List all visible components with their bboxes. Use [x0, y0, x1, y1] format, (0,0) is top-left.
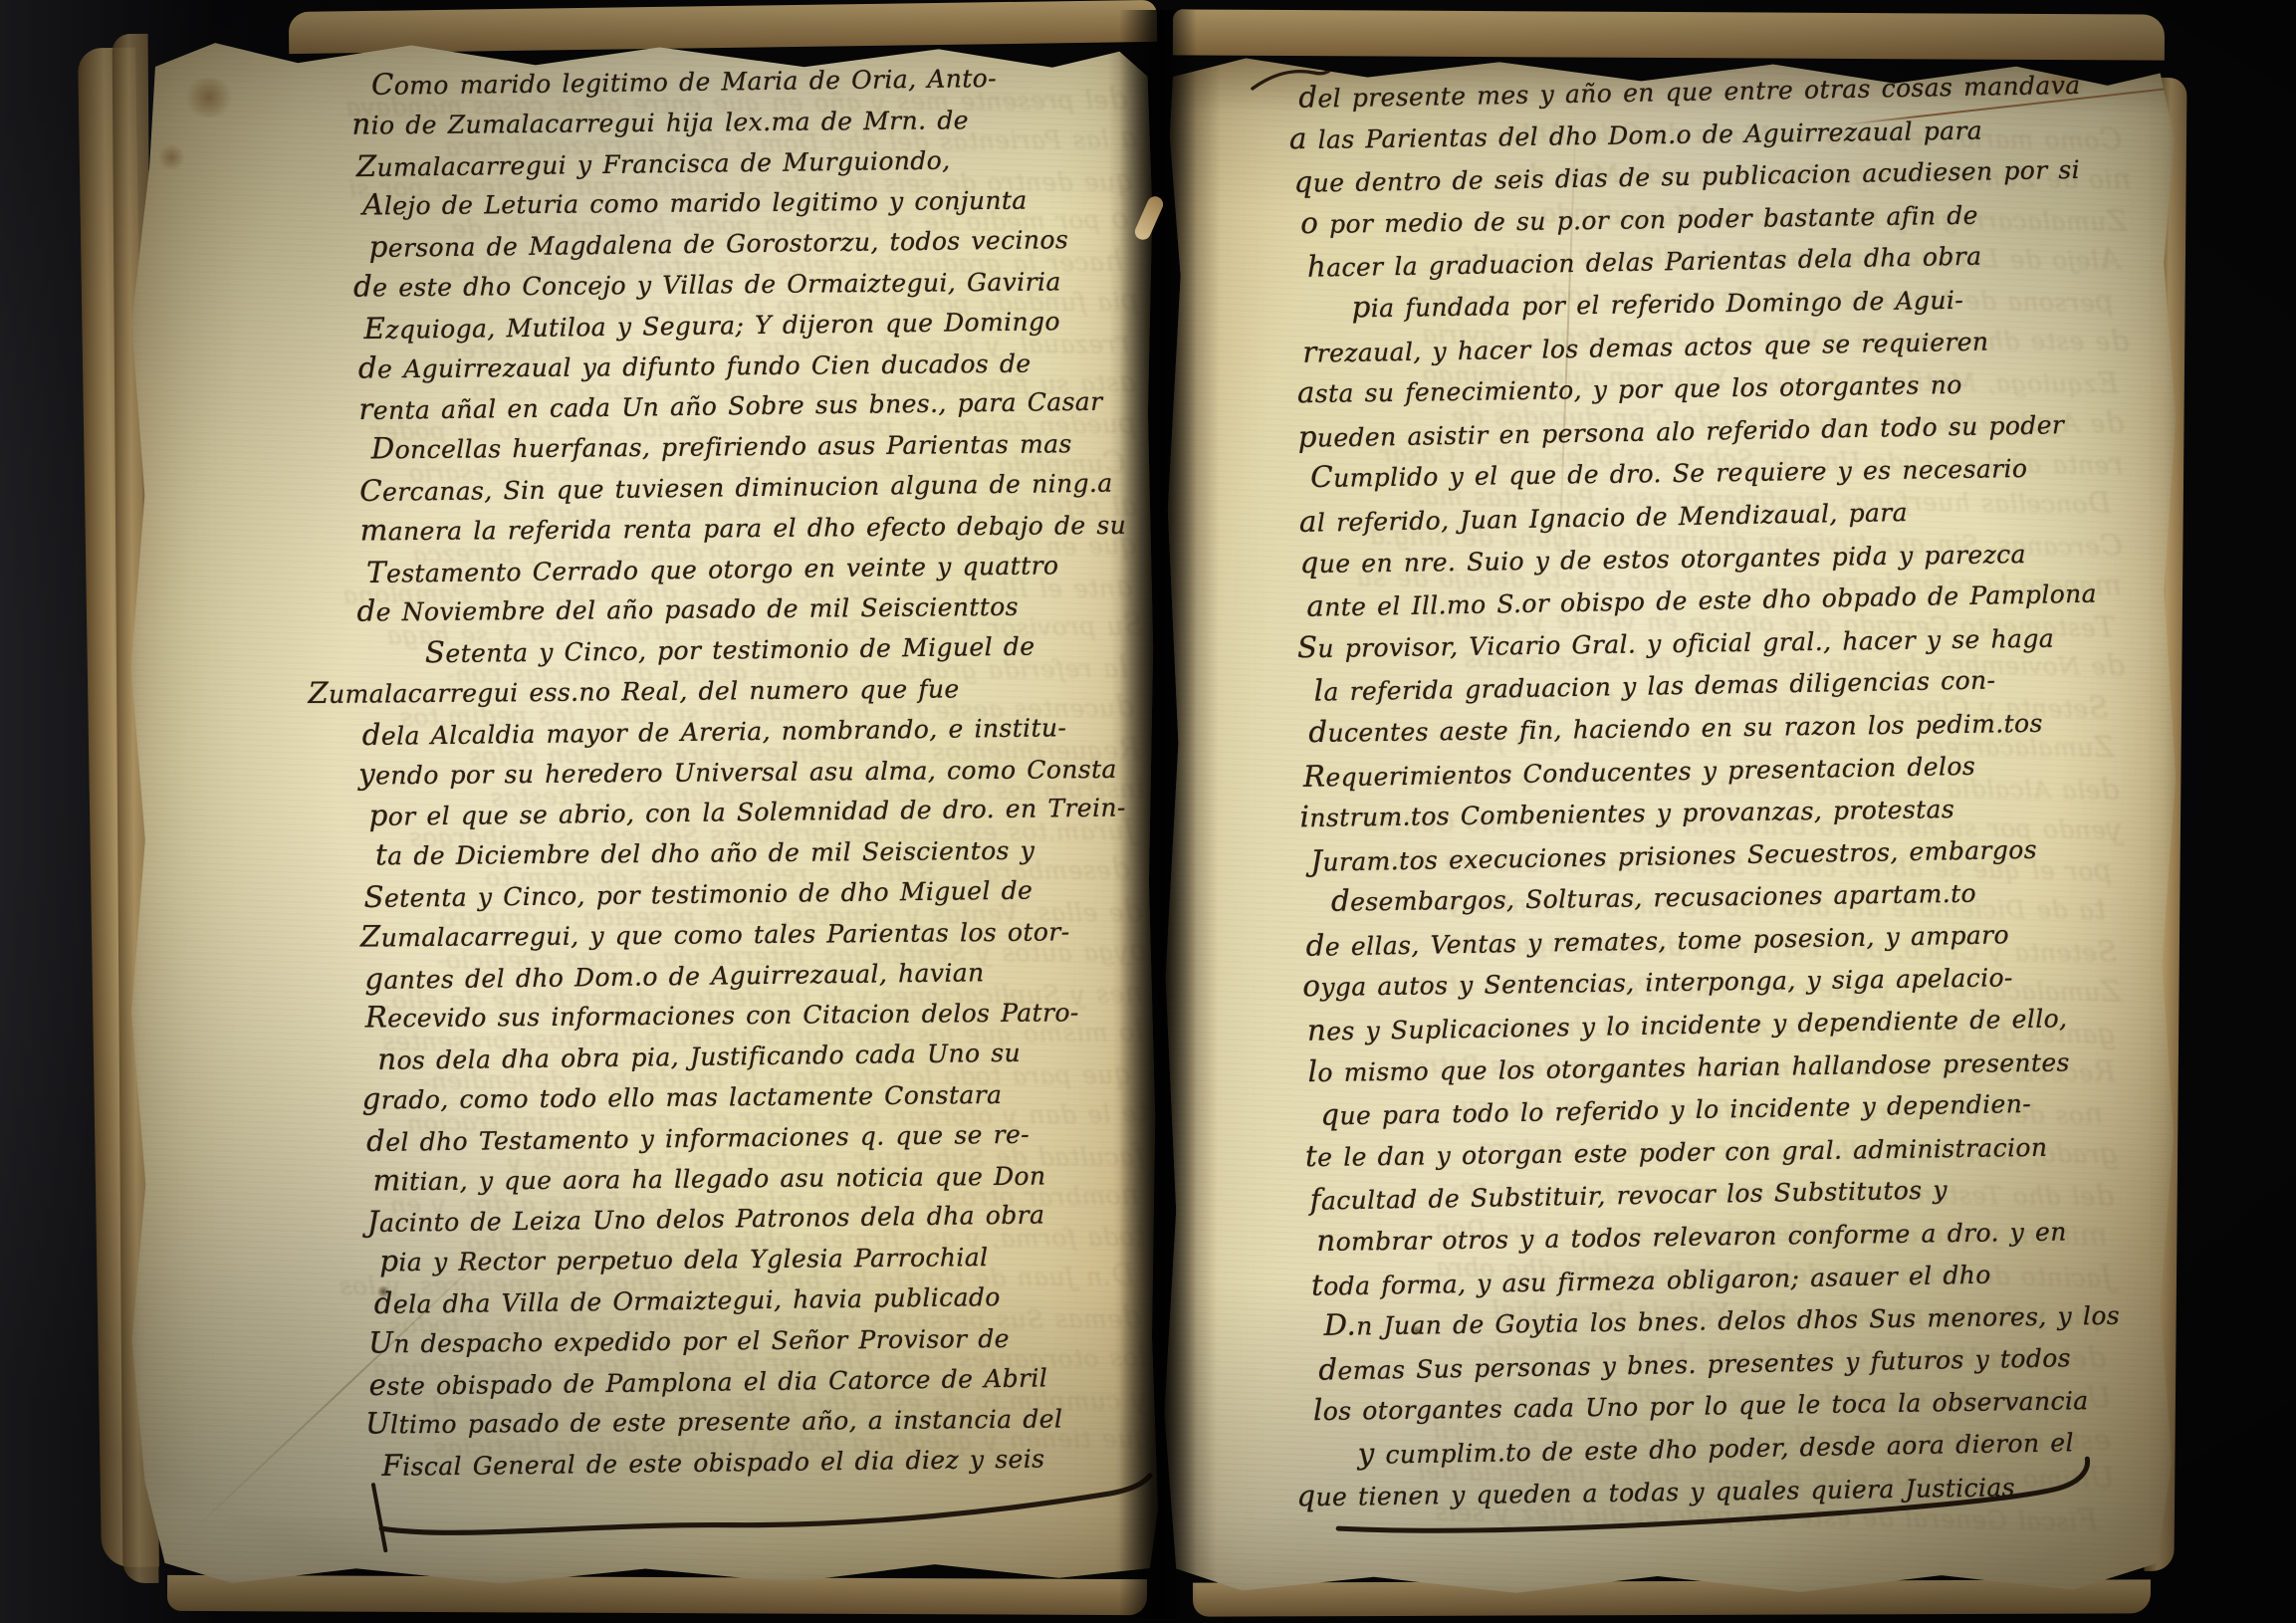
page-edge-stack-bottom-left: [167, 1575, 1147, 1615]
page-edge-stack-bottom-right: [1193, 1579, 2151, 1616]
page-edge-stack-top-left: [289, 0, 1158, 54]
ink-rule-right: [1330, 1451, 2107, 1552]
stain: [156, 145, 186, 169]
ink-rule-left: [371, 1464, 1163, 1556]
stain: [182, 78, 236, 117]
manuscript-photo: del presente mes y año en que entre otra…: [0, 0, 2296, 1623]
right-page-text: del presente mes y año en que entre otra…: [1292, 63, 2179, 1518]
right-page: Como marido legitimo de Maria de Oria, A…: [1161, 43, 2179, 1603]
left-page-text: Como marido legitimo de Maria de Oria, A…: [355, 57, 1159, 1487]
page-edge-stack-top-right: [1173, 9, 2165, 60]
left-page: del presente mes y año en que entre otra…: [122, 22, 1163, 1592]
